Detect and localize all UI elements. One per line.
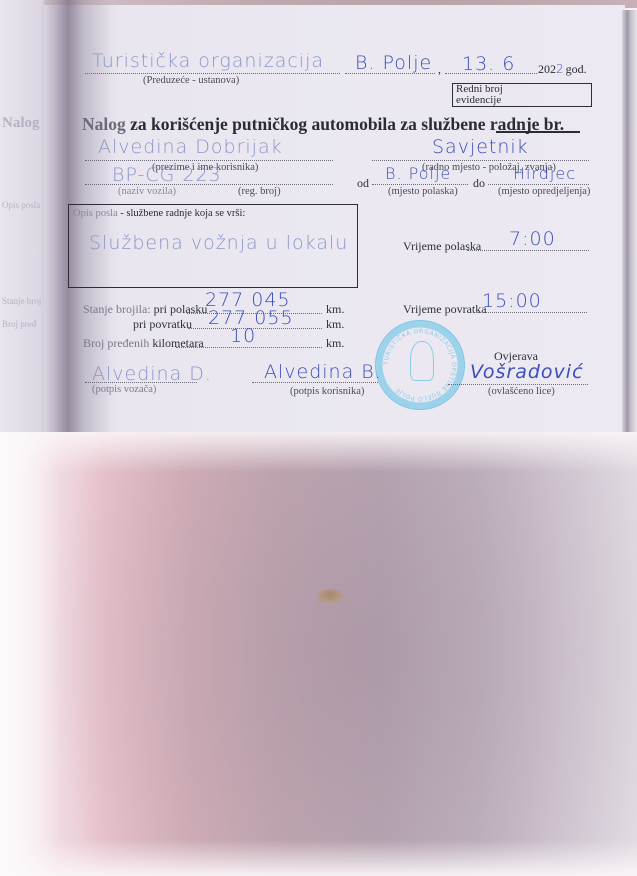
distance-value: 10	[230, 325, 256, 347]
vehicle-plate-value: BP-CG 223	[112, 164, 222, 186]
km-unit: km.	[326, 302, 344, 317]
position-dotted-line	[372, 160, 589, 161]
ghost-page-title: Nalog	[2, 115, 40, 132]
distance-label: Broj pređenih kilometara	[83, 336, 204, 351]
registry-number-box: Redni broj evidencije	[452, 83, 592, 107]
distance-dotted-line	[176, 347, 322, 348]
form-title-prefix: Nalog	[82, 114, 126, 134]
stamp-text: TURISTIČKA ORGANIZACIJA OPŠTINE BIJELO P…	[376, 321, 464, 409]
registry-label-line2: evidencije	[456, 95, 501, 106]
svg-text:TURISTIČKA ORGANIZACIJA OPŠTIN: TURISTIČKA ORGANIZACIJA OPŠTINE BIJELO P…	[383, 328, 457, 402]
task-description-box: Opis posla - službene radnje koja se vrš…	[68, 204, 358, 288]
to-dotted-line	[488, 184, 589, 185]
task-label-prefix: Opis posla	[73, 208, 118, 219]
position-value: Savjetnik	[432, 136, 529, 158]
year-handwritten: 2	[556, 62, 564, 76]
return-time-label: Vrijeme povratka	[403, 302, 487, 317]
page-right-edge	[622, 10, 637, 440]
reg-caption: (reg. broj)	[238, 186, 281, 197]
departure-time-value: 7:00	[509, 228, 556, 250]
departure-time-label: Vrijeme polaska	[403, 239, 481, 254]
to-caption: (mjesto opredjeljenja)	[498, 186, 590, 197]
scan-fade	[0, 432, 60, 876]
user-name-value: Alvedina Dobrijak	[98, 136, 283, 158]
odometer-start-label: Stanje brojila: pri polasku	[83, 302, 207, 317]
official-stamp: TURISTIČKA ORGANIZACIJA OPŠTINE BIJELO P…	[375, 320, 465, 410]
year-suffix: god.	[566, 62, 587, 76]
year-prefix: 202	[538, 62, 556, 76]
official-signature-line	[448, 384, 588, 385]
to-label: do	[473, 176, 485, 191]
task-label: Opis posla - službene radnje koja se vrš…	[73, 208, 245, 219]
driver-signature-line	[85, 382, 197, 383]
previous-page-strip	[0, 0, 44, 432]
from-dotted-line	[372, 184, 468, 185]
comma: ,	[438, 62, 441, 77]
odometer-end-label: pri povratku	[133, 317, 192, 332]
form-number-line	[496, 131, 580, 133]
departure-dotted-line	[467, 250, 589, 251]
official-caption: (ovlašćeno lice)	[488, 386, 555, 397]
to-value: Hirdjec	[513, 164, 576, 183]
km-unit: km.	[326, 317, 344, 332]
company-dotted-line	[85, 73, 340, 74]
form-title: Nalog za korišćenje putničkog automobila…	[82, 114, 564, 135]
driver-caption: (potpis vozača)	[92, 384, 156, 395]
task-label-text: - službene radnje koja se vrši:	[120, 208, 245, 219]
km-unit: km.	[326, 336, 344, 351]
user-signature-line	[252, 382, 378, 383]
company-caption: (Preduzeće - ustanova)	[143, 75, 239, 86]
vehicle-caption: (naziv vozila)	[118, 186, 176, 197]
return-dotted-line	[474, 312, 587, 313]
odometer-start-prefix: Stanje brojila:	[83, 302, 151, 316]
company-value: Turistička organizacija	[92, 50, 324, 72]
place-value: B. Polje	[355, 52, 432, 74]
from-caption: (mjesto polaska)	[388, 186, 458, 197]
blank-scan-area	[0, 432, 637, 876]
user-caption: (potpis korisnika)	[290, 386, 364, 397]
ghost-page-label: Stanje broj	[2, 296, 41, 306]
distance-prefix: Broj pređenih	[83, 336, 149, 350]
ghost-page-label: Broj pređ	[2, 319, 36, 329]
from-label: od	[357, 176, 369, 191]
ghost-page-label: Opis posla	[2, 200, 40, 210]
date-dotted-line	[445, 73, 537, 74]
scan-fade	[0, 432, 637, 472]
place-dotted-line	[345, 73, 435, 74]
vehicle-dotted-line	[85, 184, 333, 185]
from-value: B. Polje	[385, 164, 451, 183]
scan-fade	[0, 840, 637, 876]
user-name-dotted-line	[85, 160, 333, 161]
task-value: Službena vožnja u lokalu	[89, 232, 348, 254]
paper-stain	[317, 589, 343, 603]
official-signature: Vošradović	[470, 361, 584, 383]
return-time-value: 15:00	[482, 290, 542, 312]
user-signature: Alvedina B.	[264, 361, 382, 383]
year-field: 2022god.	[538, 62, 587, 77]
date-value: 13. 6	[462, 53, 515, 75]
